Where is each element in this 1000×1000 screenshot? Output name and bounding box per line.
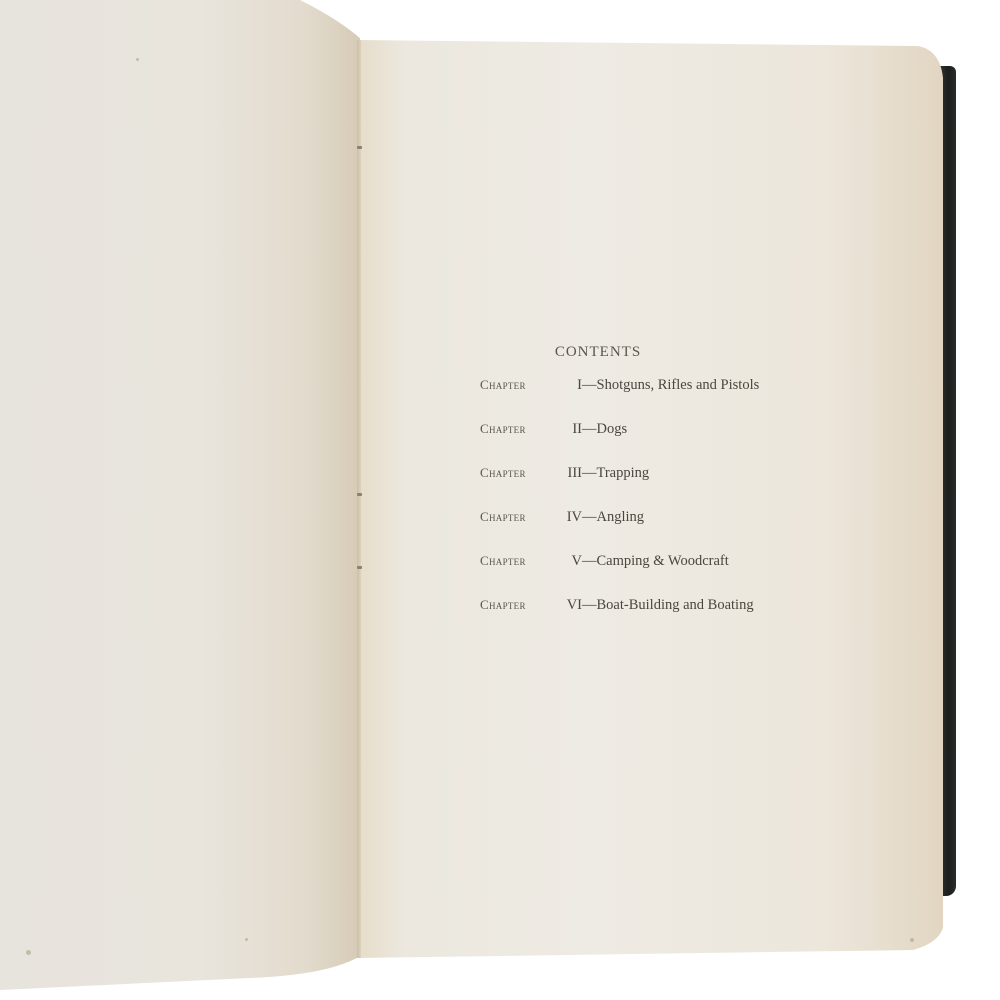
binding-stitch xyxy=(357,493,362,496)
toc-entry: Chapter II —Dogs xyxy=(480,421,860,465)
chapter-label: Chapter xyxy=(480,553,550,569)
toc-entry: Chapter III —Trapping xyxy=(480,465,860,509)
paper-speck xyxy=(136,58,139,61)
chapter-numeral: VI xyxy=(550,597,582,614)
chapter-numeral: I xyxy=(550,377,582,394)
contents-heading: CONTENTS xyxy=(480,344,716,361)
chapter-label: Chapter xyxy=(480,465,550,481)
paper-speck xyxy=(910,938,914,942)
toc-entry: Chapter V —Camping & Woodcraft xyxy=(480,553,860,597)
chapter-numeral: III xyxy=(550,465,582,482)
chapter-title: —Angling xyxy=(582,509,644,526)
toc-entry: Chapter VI —Boat-Building and Boating xyxy=(480,597,860,641)
book-gutter xyxy=(357,40,361,958)
binding-stitch xyxy=(357,566,362,569)
chapter-label: Chapter xyxy=(480,509,550,525)
left-page xyxy=(0,0,360,990)
paper-speck xyxy=(26,950,31,955)
chapter-numeral: V xyxy=(550,553,582,570)
paper-speck xyxy=(245,938,248,941)
table-of-contents: CONTENTS Chapter I —Shotguns, Rifles and… xyxy=(480,344,860,641)
toc-entry: Chapter I —Shotguns, Rifles and Pistols xyxy=(480,377,860,421)
chapter-title: —Shotguns, Rifles and Pistols xyxy=(582,377,759,394)
chapter-title: —Trapping xyxy=(582,465,649,482)
chapter-label: Chapter xyxy=(480,421,550,437)
toc-entry: Chapter IV —Angling xyxy=(480,509,860,553)
open-book: CONTENTS Chapter I —Shotguns, Rifles and… xyxy=(0,0,1000,1000)
chapter-numeral: II xyxy=(550,421,582,438)
chapter-label: Chapter xyxy=(480,377,550,393)
chapter-label: Chapter xyxy=(480,597,550,613)
binding-stitch xyxy=(357,146,362,149)
chapter-numeral: IV xyxy=(550,509,582,526)
chapter-title: —Boat-Building and Boating xyxy=(582,597,754,614)
chapter-title: —Camping & Woodcraft xyxy=(582,553,729,570)
chapter-title: —Dogs xyxy=(582,421,627,438)
